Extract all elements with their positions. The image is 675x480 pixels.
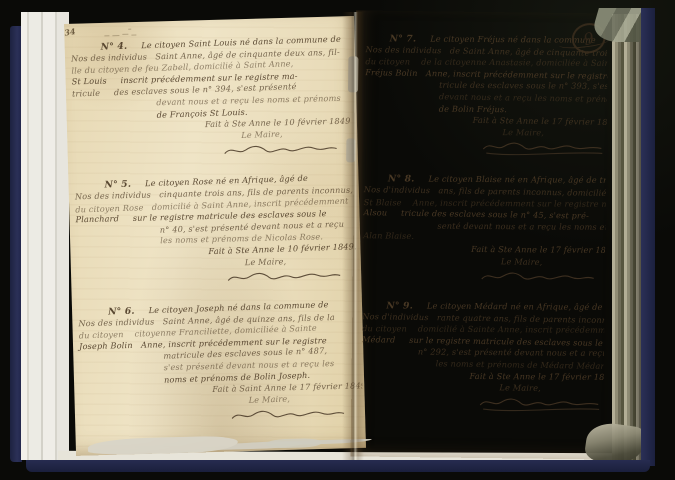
entry-number: N° 6. (108, 306, 135, 318)
book-gutter-shadow (342, 12, 364, 460)
archive-scan: 34 N° 4.Le citoyen Saint Louis né dans l… (0, 0, 675, 480)
right-page-entries: N° 7.Le citoyen Fréjus né dans la commun… (351, 10, 608, 431)
entry-number: N° 4. (101, 41, 128, 53)
mayor-signature-flourish (225, 266, 343, 285)
page-edges-left (21, 12, 69, 460)
manuscript-page-left: 34 N° 4.Le citoyen Saint Louis né dans l… (64, 16, 366, 456)
left-page-entries: N° 4.Le citoyen Saint Louis né dans la c… (64, 16, 364, 445)
mayor-signature-flourish (229, 405, 347, 424)
register-entry: N° 5.Le citoyen Rose né en Afrique, âgé … (74, 172, 359, 290)
paper-damage-patch (266, 438, 322, 449)
register-entry: N° 9.Le citoyen Médard né en Afrique, âg… (361, 300, 604, 415)
book-cover-bottom (26, 460, 650, 472)
entry-number: N° 7. (390, 33, 417, 44)
mayor-signature-flourish (477, 395, 603, 415)
entry-line: Le Maire, (364, 126, 606, 139)
manuscript-page-right: 9 N° 7.Le citoyen Fréjus né dans la comm… (351, 10, 612, 459)
register-entry: N° 8.Le citoyen Blaise né en Afrique, âg… (363, 173, 606, 286)
register-entry: N° 4.Le citoyen Saint Louis né dans la c… (71, 34, 356, 163)
mayor-signature-flourish (479, 268, 597, 285)
entry-number: N° 8. (388, 174, 415, 185)
mayor-signature-flourish (480, 139, 606, 159)
page-edges-right (612, 14, 642, 460)
mayor-signature-flourish (221, 140, 339, 159)
register-entry: N° 6.Le citoyen Joseph né dans la commun… (78, 299, 363, 428)
entry-text: Le citoyen Médard né en Afrique, âgé de … (427, 301, 608, 312)
book-cover-right (641, 8, 655, 466)
entry-text: Le citoyen Blaise né en Afrique, âgé de … (428, 174, 608, 186)
entry-number: N° 9. (386, 300, 413, 311)
entry-line: Le Maire, (361, 380, 603, 395)
register-entry: N° 7.Le citoyen Fréjus né dans la commun… (364, 33, 607, 159)
